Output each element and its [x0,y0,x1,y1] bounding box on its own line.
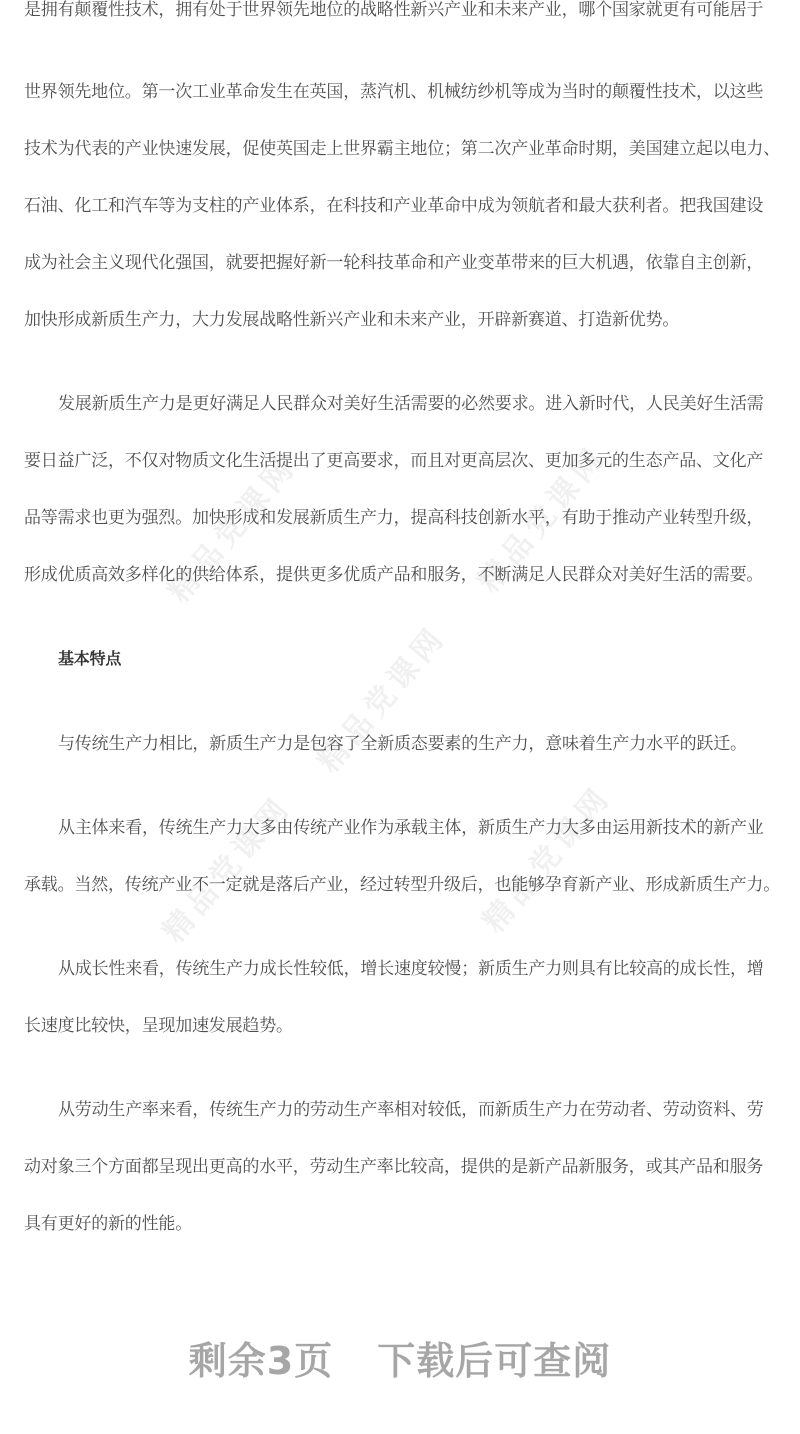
section-heading: 基本特点 [58,647,800,671]
text-line: 长速度比较快，呈现加速发展趋势。 [24,1014,784,1038]
text-line: 世界领先地位。第一次工业革命发生在英国，蒸汽机、机械纺纱机等成为当时的颠覆性技术… [24,80,784,104]
text-line: 从主体来看，传统生产力大多由传统产业作为承载主体，新质生产力大多由运用新技术的新… [58,816,800,840]
text-line: 从劳动生产率来看，传统生产力的劳动生产率相对较低，而新质生产力在劳动者、劳动资料… [58,1098,800,1122]
text-line: 技术为代表的产业快速发展，促使英国走上世界霸主地位；第二次产业革命时期，美国建立… [24,137,784,161]
text-line: 形成优质高效多样化的供给体系，提供更多优质产品和服务，不断满足人民群众对美好生活… [24,563,784,587]
watermark: 精品党课网 [470,774,619,940]
text-line: 成为社会主义现代化强国，就要把握好新一轮科技革命和产业变革带来的巨大机遇，依靠自… [24,251,784,275]
text-line: 承载。当然，传统产业不一定就是落后产业，经过转型升级后，也能够孕育新产业、形成新… [24,873,784,897]
text-line: 品等需求也更为强烈。加快形成和发展新质生产力，提高科技创新水平，有助于推动产业转… [24,506,784,530]
watermark: 精品党课网 [150,784,299,950]
text-line: 从成长性来看，传统生产力成长性较低，增长速度较慢；新质生产力则具有比较高的成长性… [58,957,800,981]
text-line: 是拥有颠覆性技术，拥有处于世界领先地位的战略性新兴产业和未来产业，哪个国家就更有… [24,0,784,22]
paragraph-comparison: 与传统生产力相比，新质生产力是包容了全新质态要素的生产力，意味着生产力水平的跃迁… [58,732,800,756]
text-line: 加快形成新质生产力，大力发展战略性新兴产业和未来产业，开辟新赛道、打造新优势。 [24,308,784,332]
download-prompt-banner[interactable]: 剩余3页下载后可查阅 [0,1330,800,1385]
text-line: 动对象三个方面都呈现出更高的水平，劳动生产率比较高，提供的是新产品新服务，或其产… [24,1155,784,1179]
text-line: 要日益广泛，不仅对物质文化生活提出了更高要求，而且对更高层次、更加多元的生态产品… [24,449,784,473]
document-page: 精品党课网 精品党课网 精品党课网 精品党课网 精品党课网 是拥有颠覆性技术，拥… [0,0,800,1434]
text-line: 具有更好的新的性能。 [24,1212,784,1236]
download-to-view-label: 下载后可查阅 [377,1339,611,1383]
text-line: 发展新质生产力是更好满足人民群众对美好生活需要的必然要求。进入新时代，人民美好生… [58,392,800,416]
text-line: 石油、化工和汽车等为支柱的产业体系，在科技和产业革命中成为领航者和最大获利者。把… [24,194,784,218]
remaining-pages-label: 剩余3页 [189,1339,333,1383]
